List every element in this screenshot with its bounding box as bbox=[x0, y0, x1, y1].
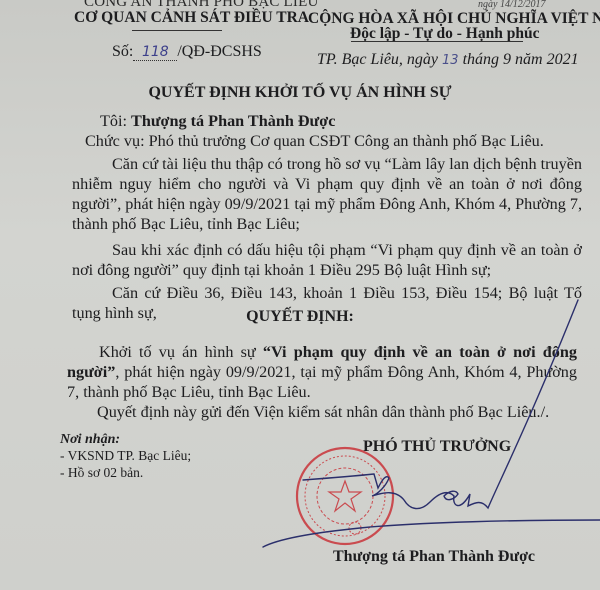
signatory-name: Thượng tá Phan Thành Được bbox=[333, 548, 535, 566]
handwritten-signature-icon bbox=[263, 300, 600, 547]
stamp-and-signature bbox=[0, 0, 600, 590]
